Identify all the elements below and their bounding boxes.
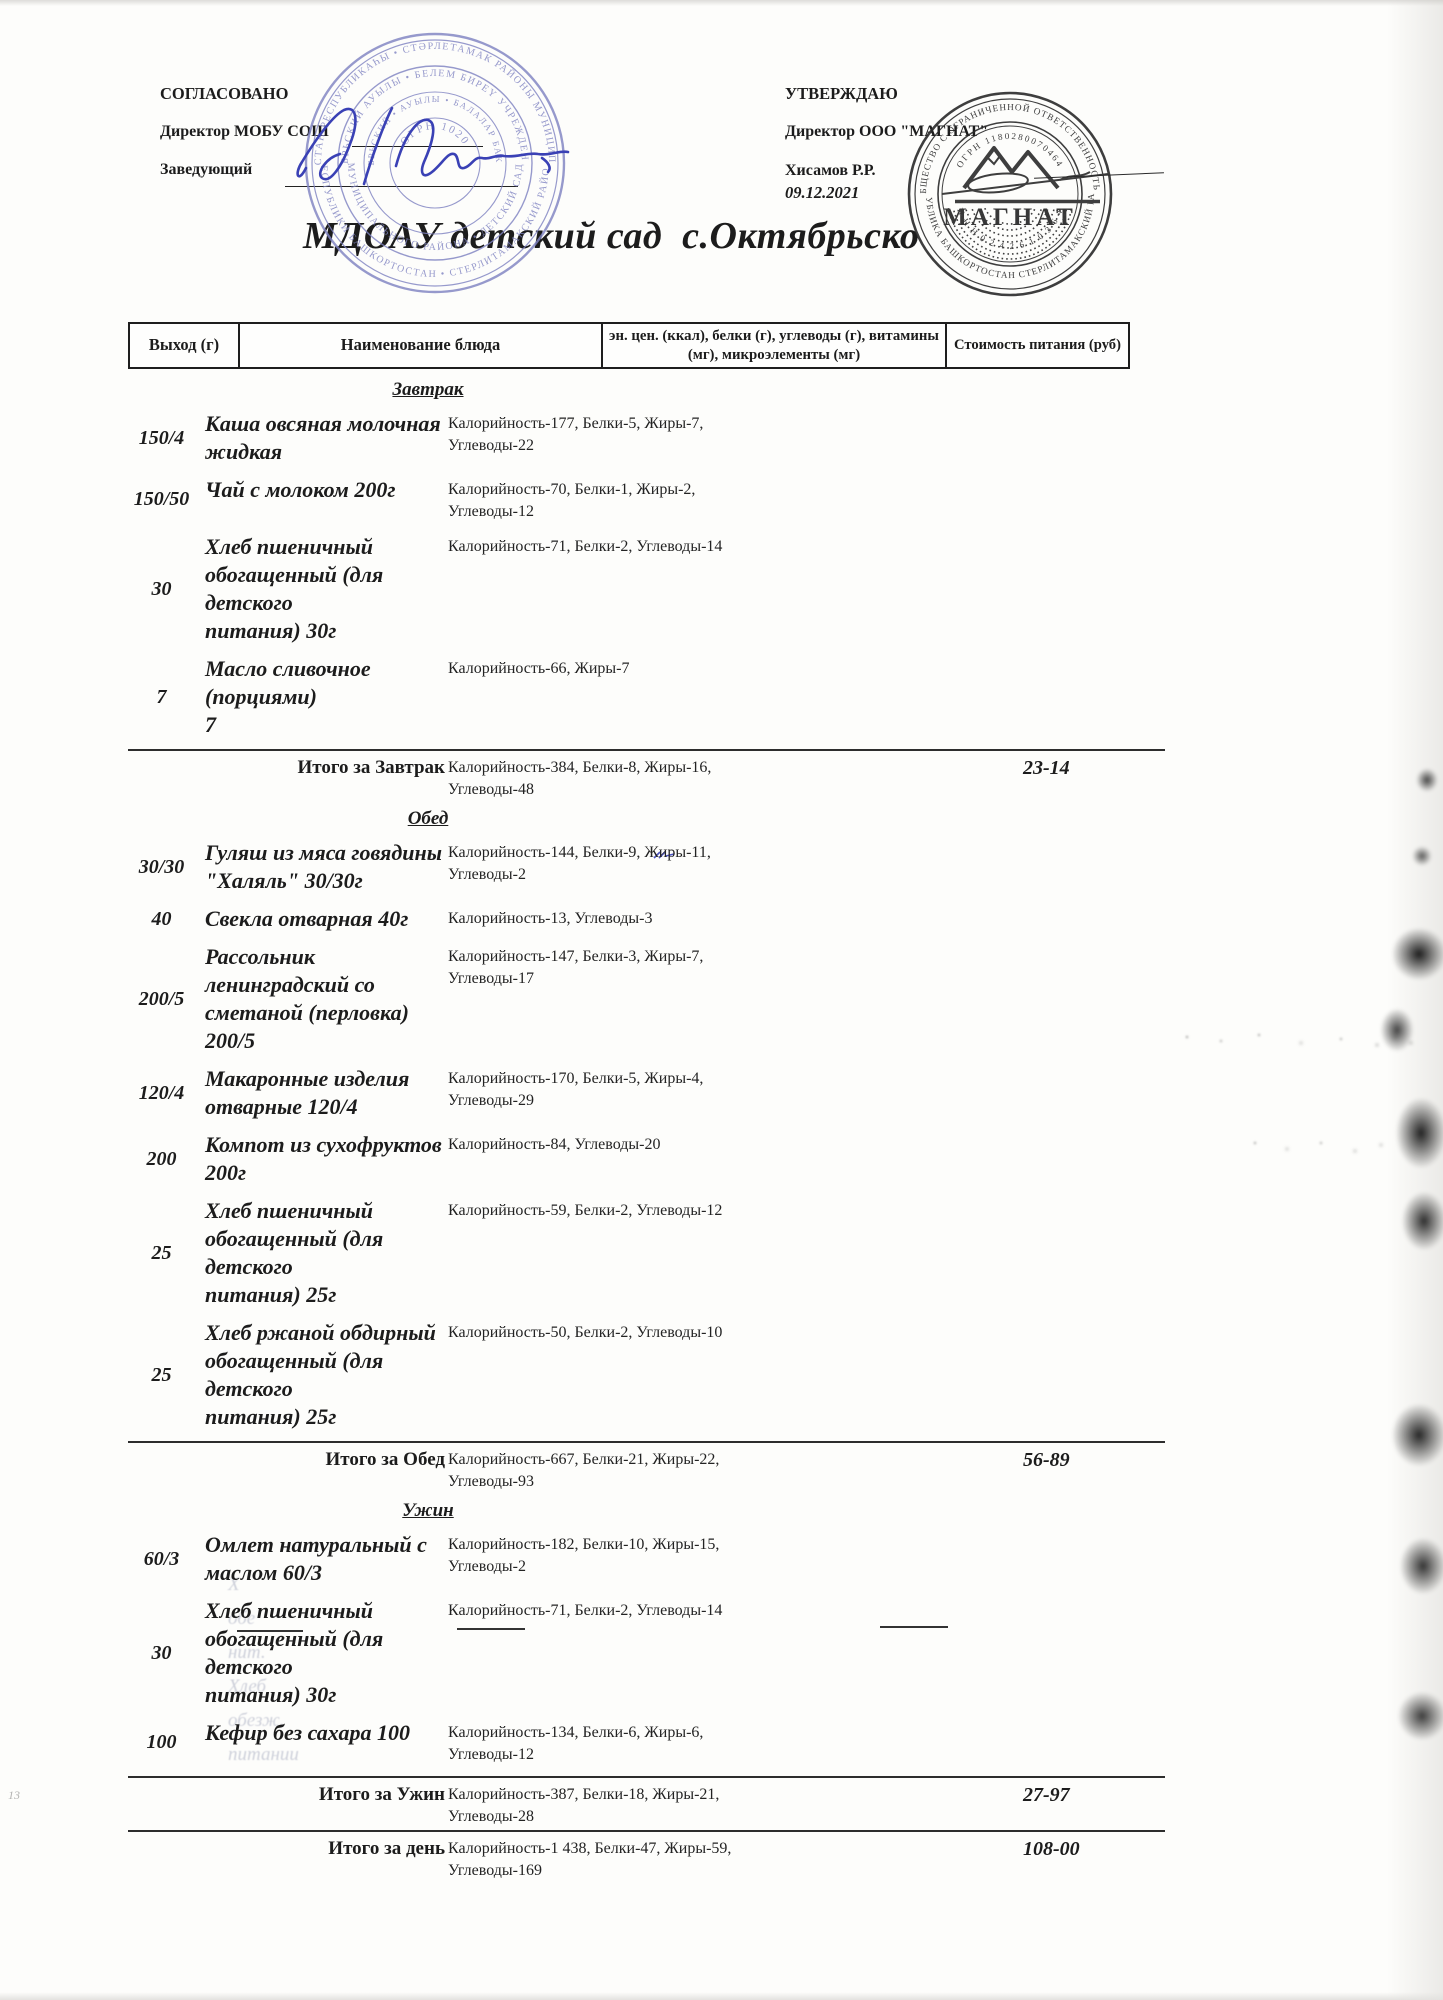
- dish-name: Хлеб ржаной обдирный обогащенный (для де…: [205, 1319, 448, 1431]
- dish-nutrition: Калорийность-71, Белки-2, Углеводы-14: [448, 533, 1023, 645]
- dish-nutrition: Калорийность-13, Углеводы-3: [448, 905, 1023, 933]
- meal-section-title: Завтрак: [128, 378, 728, 402]
- menu-row: 7Масло сливочное (порциями) 7Калорийност…: [128, 655, 1165, 739]
- ink-smudge: [1416, 768, 1438, 792]
- dish-name: Рассольник ленинградский со сметаной (пе…: [205, 943, 448, 1055]
- menu-row: 25Хлеб пшеничный обогащенный (для детско…: [128, 1197, 1165, 1309]
- dish-output: 30/30: [128, 856, 205, 879]
- svg-text:ОГРН 1180280070464: ОГРН 1180280070464: [954, 131, 1065, 170]
- ink-smudge: [1392, 928, 1443, 980]
- menu-row: 120/4Макаронные изделия отварные 120/4Ка…: [128, 1065, 1165, 1121]
- dish-nutrition: Калорийность-147, Белки-3, Жиры-7, Углев…: [448, 943, 1023, 1055]
- dish-name: Свекла отварная 40г: [205, 905, 448, 933]
- column-header-cost: Стоимость питания (руб): [947, 324, 1128, 367]
- black-stamp-name: МАГНАТ: [943, 204, 1077, 231]
- dish-output: 150/50: [128, 488, 205, 511]
- ink-smudge: [1396, 1098, 1443, 1168]
- dish-nutrition: Калорийность-66, Жиры-7: [448, 655, 1023, 739]
- dish-name: Макаронные изделия отварные 120/4: [205, 1065, 448, 1121]
- menu-row: 100Кефир без сахара 100Калорийность-134,…: [128, 1719, 1165, 1766]
- dish-name: Каша овсяная молочная жидкая: [205, 410, 448, 466]
- document-page: СОГЛАСОВАНО Директор МОБУ СОШ Заведующий…: [0, 0, 1443, 2000]
- dish-nutrition: Калорийность-50, Белки-2, Углеводы-10: [448, 1319, 1023, 1431]
- ink-smudge: [1400, 1538, 1443, 1594]
- meal-total-nutrition: Калорийность-387, Белки-18, Жиры-21, Угл…: [448, 1784, 1023, 1828]
- svg-text:• РЕСПУБЛИКА БАШКОРТОСТАН СТЕР: • РЕСПУБЛИКА БАШКОРТОСТАН СТЕРЛИТАМАКСКИ…: [900, 84, 1096, 280]
- dish-nutrition: Калорийность-84, Углеводы-20: [448, 1131, 1023, 1187]
- dish-nutrition: Калорийность-170, Белки-5, Жиры-4, Углев…: [448, 1065, 1023, 1121]
- menu-row: 200Компот из сухофруктов 200гКалорийност…: [128, 1131, 1165, 1187]
- day-total-cost: 108-00: [1023, 1838, 1165, 1882]
- dish-output: 200/5: [128, 988, 205, 1011]
- day-total-label: Итого за день: [128, 1838, 448, 1882]
- dish-name: Хлеб пшеничный обогащенный (для детского…: [205, 1597, 448, 1709]
- meal-total-cost: 56-89: [1023, 1449, 1165, 1493]
- meal-total-nutrition: Калорийность-667, Белки-21, Жиры-22, Угл…: [448, 1449, 1023, 1493]
- dish-name: Кефир без сахара 100: [205, 1719, 448, 1766]
- dish-output: 30: [128, 1642, 205, 1665]
- menu-row: 30Хлеб пшеничный обогащенный (для детско…: [128, 533, 1165, 645]
- meal-total-cost: 23-14: [1023, 757, 1165, 801]
- ink-smudge: [1402, 1192, 1443, 1250]
- meal-total-nutrition: Калорийность-384, Белки-8, Жиры-16, Угле…: [448, 757, 1023, 801]
- meal-section-title: Обед: [128, 807, 728, 831]
- dish-name: Хлеб пшеничный обогащенный (для детского…: [205, 1197, 448, 1309]
- meal-section-title: Ужин: [128, 1499, 728, 1523]
- speckle-band: [1180, 1034, 1182, 1036]
- menu-row: 40Свекла отварная 40гКалорийность-13, Уг…: [128, 905, 1165, 933]
- dish-output: 120/4: [128, 1082, 205, 1105]
- dish-nutrition: Калорийность-59, Белки-2, Углеводы-12: [448, 1197, 1023, 1309]
- meal-total-label: Итого за Ужин: [128, 1784, 448, 1828]
- dish-output: 25: [128, 1364, 205, 1387]
- column-header-nutrition: эн. цен. (ккал), белки (г), углеводы (г)…: [603, 324, 947, 367]
- dish-output: 60/3: [128, 1548, 205, 1571]
- meal-total-row: Итого за УжинКалорийность-387, Белки-18,…: [128, 1776, 1165, 1828]
- black-stamp-ogrn-text: ОГРН 1180280070464: [954, 131, 1065, 170]
- dish-output: 25: [128, 1242, 205, 1265]
- meal-total-row: Итого за ЗавтракКалорийность-384, Белки-…: [128, 749, 1165, 801]
- dish-name: Компот из сухофруктов 200г: [205, 1131, 448, 1187]
- dish-nutrition: Калорийность-177, Белки-5, Жиры-7, Углев…: [448, 410, 1023, 466]
- handwritten-signature-icon: [292, 96, 582, 201]
- dish-output: 7: [128, 686, 205, 709]
- ink-smudge: [1412, 846, 1432, 866]
- column-header-dish: Наименование блюда: [240, 324, 603, 367]
- magnat-round-stamp-icon: ОБЩЕСТВО С ОГРАНИЧЕННОЙ ОТВЕТСТВЕННОСТЬЮ…: [900, 84, 1120, 304]
- day-total-nutrition: Калорийность-1 438, Белки-47, Жиры-59, У…: [448, 1838, 1023, 1882]
- dish-output: 40: [128, 908, 205, 931]
- menu-table-body: Завтрак150/4Каша овсяная молочная жидкая…: [128, 372, 1165, 1884]
- table-header: Выход (г) Наименование блюда эн. цен. (к…: [128, 322, 1130, 369]
- ink-smudge: [1392, 1404, 1443, 1466]
- dish-output: 200: [128, 1148, 205, 1171]
- meal-total-row: Итого за ОбедКалорийность-667, Белки-21,…: [128, 1441, 1165, 1493]
- menu-row: 60/3Омлет натуральный с маслом 60/3Калор…: [128, 1531, 1165, 1587]
- meal-total-label: Итого за Завтрак: [128, 757, 448, 801]
- dish-name: Омлет натуральный с маслом 60/3: [205, 1531, 448, 1587]
- dish-nutrition: Калорийность-70, Белки-1, Жиры-2, Углево…: [448, 476, 1023, 523]
- ink-smudge: [1398, 1692, 1443, 1740]
- dish-nutrition: Калорийность-71, Белки-2, Углеводы-14: [448, 1597, 1023, 1709]
- speckle-band: [1250, 1140, 1252, 1142]
- dish-nutrition: Калорийность-134, Белки-6, Жиры-6, Углев…: [448, 1719, 1023, 1766]
- dish-output: 100: [128, 1731, 205, 1754]
- dish-name: Хлеб пшеничный обогащенный (для детского…: [205, 533, 448, 645]
- black-stamp-ring-bottom-text: • РЕСПУБЛИКА БАШКОРТОСТАН СТЕРЛИТАМАКСКИ…: [900, 84, 1096, 280]
- column-header-output: Выход (г): [130, 324, 240, 367]
- dish-output: 150/4: [128, 427, 205, 450]
- dish-name: Гуляш из мяса говядины "Халяль" 30/30г: [205, 839, 448, 895]
- dish-nutrition: Калорийность-144, Белки-9, Жиры-11, Угле…: [448, 839, 1023, 895]
- dish-output: 30: [128, 578, 205, 601]
- corner-mark: 13: [8, 1788, 20, 1803]
- dish-nutrition: Калорийность-182, Белки-10, Жиры-15, Угл…: [448, 1531, 1023, 1587]
- scan-edge-top: [0, 0, 1443, 6]
- scan-edge-bottom: [0, 1992, 1443, 2000]
- menu-row: 30/30Гуляш из мяса говядины "Халяль" 30/…: [128, 839, 1165, 895]
- menu-row: 30Хлеб пшеничный обогащенный (для детско…: [128, 1597, 1165, 1709]
- dish-name: Масло сливочное (порциями) 7: [205, 655, 448, 739]
- dish-name: Чай с молоком 200г: [205, 476, 448, 523]
- menu-row: 150/50Чай с молоком 200гКалорийность-70,…: [128, 476, 1165, 523]
- meal-total-label: Итого за Обед: [128, 1449, 448, 1493]
- meal-total-cost: 27-97: [1023, 1784, 1165, 1828]
- day-total-row: Итого за деньКалорийность-1 438, Белки-4…: [128, 1830, 1165, 1882]
- menu-row: 200/5Рассольник ленинградский со сметано…: [128, 943, 1165, 1055]
- menu-row: 150/4Каша овсяная молочная жидкаяКалорий…: [128, 410, 1165, 466]
- ink-smudge: [1380, 1008, 1414, 1052]
- menu-row: 25Хлеб ржаной обдирный обогащенный (для …: [128, 1319, 1165, 1431]
